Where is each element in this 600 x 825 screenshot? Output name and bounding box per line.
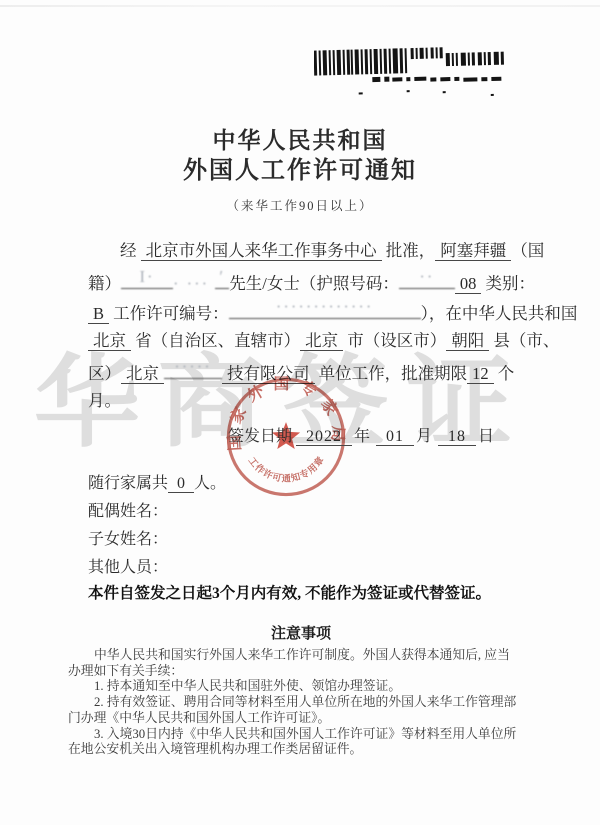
notice-line-3: B 工作许可编号：·············），在中华人民共和国 <box>88 296 524 326</box>
notes-heading: 注意事项 <box>68 624 534 644</box>
accompanying-label: 随行家属共 <box>88 475 168 492</box>
district-label: 县（市、 <box>489 331 559 350</box>
employer-name-prefix: 北京 <box>121 364 164 384</box>
issue-date-line: 签发日期 2022年 01月 18日 <box>228 424 496 450</box>
prefix-text: 经 <box>120 241 141 260</box>
family-section: 随行家属共0人。 配偶姓名： 子女姓名： 其他人员： <box>88 470 528 582</box>
nationality-label-cont: 籍） <box>88 274 121 293</box>
redacted-employer-name: ····· <box>164 356 222 379</box>
spouse-name-label: 配偶姓名： <box>88 498 528 526</box>
in-china-text: ），在中华人民共和国 <box>421 304 578 323</box>
nationality-label: （国 <box>511 241 544 260</box>
title-line-2: 外国人工作许可通知 <box>0 156 600 187</box>
approving-authority: 北京市外国人来华工作事务中心 <box>141 241 382 261</box>
scan-edge-artifact <box>0 5 600 7</box>
scanned-work-permit-notice: 华商签证 <box>0 0 600 825</box>
accompanying-count: 0 <box>168 475 194 493</box>
month-unit: 月 <box>414 428 434 445</box>
title-subtitle: （来华工作90日以上） <box>0 196 600 214</box>
notice-line-1: 经 北京市外国人来华工作事务中心 批准，阿塞拜疆（国 <box>88 236 524 266</box>
category-value: B <box>88 304 109 324</box>
redacted-passport-number: ·· <box>399 266 455 289</box>
nationality: 阿塞拜疆 <box>435 241 511 261</box>
issue-year: 2022 <box>296 428 352 446</box>
issue-day: 18 <box>438 428 476 446</box>
year-unit: 年 <box>352 428 372 445</box>
notice-line-4: 北京 省（自治区、直辖市）北京 市（设区市）朝阳 县（市、 <box>88 326 524 356</box>
notes-item-2-line-2: 门办理《中华人民共和国外国人工作许可证》。 <box>68 711 534 727</box>
months-unit-cont: 月。 <box>88 391 121 410</box>
province-label: 省（自治区、直辖市） <box>131 331 300 350</box>
approved-months: 12 <box>467 364 494 384</box>
accompanying-suffix: 人。 <box>194 475 226 492</box>
notes-item-3-line-2: 在地公安机关出入境管理机构办理工作类居留证件。 <box>68 742 534 758</box>
issue-date-label: 签发日期 <box>228 428 292 445</box>
other-persons-label: 其他人员： <box>88 554 528 582</box>
notes-intro-line-1: 中华人民共和国实行外国人来华工作许可制度。外国人获得本通知后, 应当 <box>68 648 534 664</box>
city: 北京 <box>300 331 343 351</box>
issue-month: 01 <box>376 428 414 446</box>
redacted-name-tail: ′ <box>215 266 229 289</box>
passport-number-tail: 08 <box>455 274 482 294</box>
notes-item-2-line-1: 2. 持有效签证、聘用合同等材料至用人单位所在地的外国人来华工作管理部 <box>68 695 534 711</box>
permit-number-label: 工作许可编号： <box>109 304 229 323</box>
approved-text: 批准， <box>382 241 436 260</box>
province: 北京 <box>88 331 131 351</box>
notice-line-2: 籍）I·· ··· ′先生/女士（护照号码：··08 类别： <box>88 266 524 296</box>
accompanying-family-line: 随行家属共0人。 <box>88 470 528 498</box>
redacted-permit-number: ············· <box>229 296 421 319</box>
district-label-cont: 区） <box>88 364 121 383</box>
notes-intro-line-2: 办理如下有关手续： <box>68 664 534 680</box>
category-label: 类别： <box>481 274 535 293</box>
title-block: 中华人民共和国 外国人工作许可通知 （来华工作90日以上） <box>0 126 600 214</box>
notes-section: 注意事项 中华人民共和国实行外国人来华工作许可制度。外国人获得本通知后, 应当 … <box>68 624 534 758</box>
salutation-passport-label: 先生/女士（护照号码： <box>229 274 399 293</box>
title-line-1: 中华人民共和国 <box>0 126 600 156</box>
notes-item-1: 1. 持本通知至中华人民共和国驻外使、领馆办理签证。 <box>68 679 534 695</box>
children-name-label: 子女姓名： <box>88 526 528 554</box>
notes-item-3-line-1: 3. 入境30日内持《中华人民共和国外国人工作许可证》等材料至用人单位所 <box>68 727 534 743</box>
redacted-name: I· <box>121 266 173 289</box>
day-unit: 日 <box>476 428 496 445</box>
city-label: 市（设区市） <box>343 331 446 350</box>
redacted-name-blur: · ··· <box>173 274 215 293</box>
district: 朝阳 <box>446 331 489 351</box>
barcode-icon <box>314 46 512 108</box>
validity-statement: 本件自签发之日起3个月内有效, 不能作为签证或代替签证。 <box>88 580 528 608</box>
months-unit: 个 <box>494 364 515 383</box>
